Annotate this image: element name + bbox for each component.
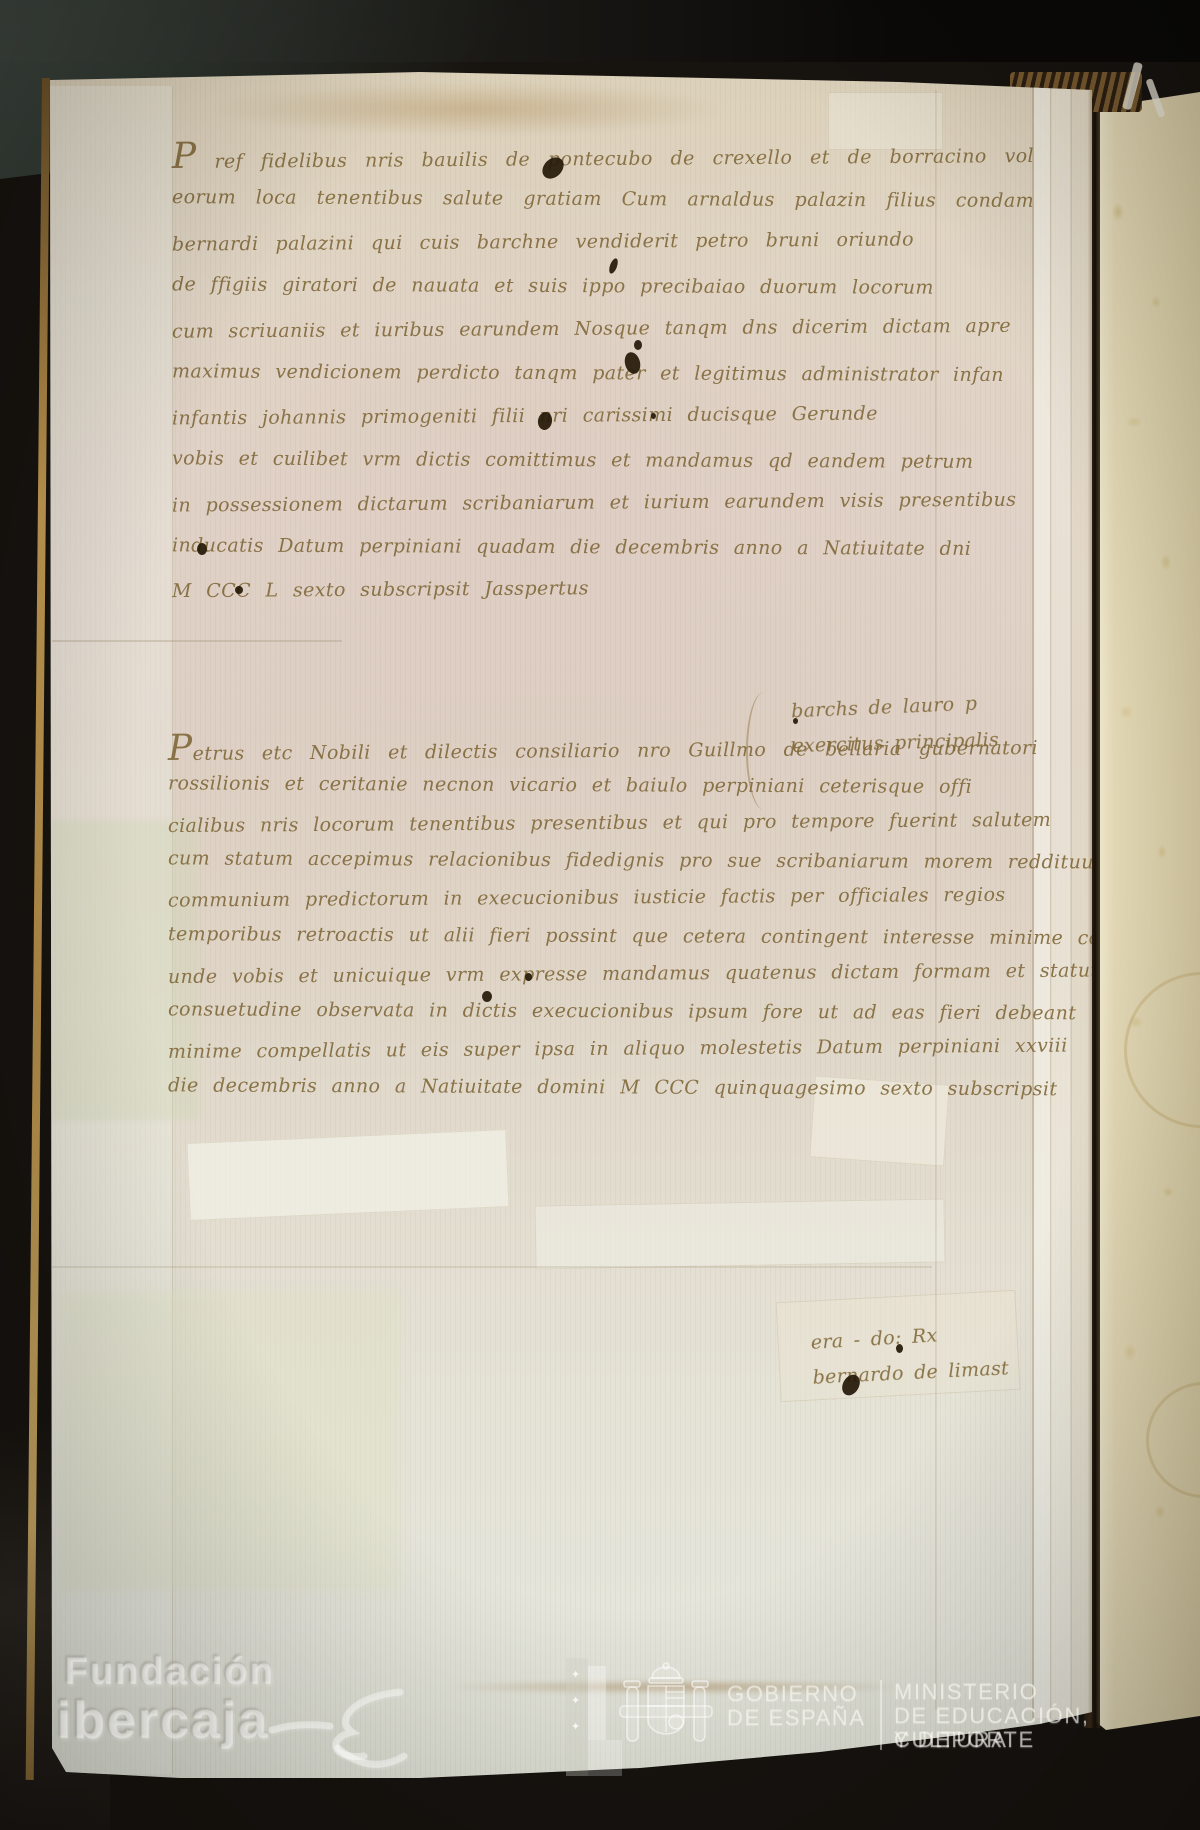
manuscript-line: de ffigiis giratori de nauata et suis ip…	[172, 273, 914, 306]
manuscript-line: infantis johannis primogeniti filii nri …	[172, 403, 872, 438]
paper-patch	[534, 1198, 945, 1269]
manuscript-line: M CCC L sexto subscripsit Jasspertus	[172, 578, 512, 610]
manuscript-line: bernardi palazini qui cuis barchne vendi…	[172, 228, 914, 263]
paper-patch	[186, 1129, 509, 1221]
flag-inner-block	[588, 1666, 606, 1740]
manuscript-line: unde vobis et unicuique vrm expresse man…	[168, 960, 1020, 996]
background-top-strip	[0, 0, 1200, 62]
manuscript-line: die decembris anno a Natiuitate domini M…	[168, 1074, 912, 1107]
ink-blot	[651, 413, 656, 419]
ministerio-watermark-line1: MINISTERIO	[894, 1680, 1038, 1704]
manuscript-line: Petrus etc Nobili et dilectis consiliari…	[168, 733, 1038, 769]
manuscript-page: P ref fidelibus nris bauilis de pontecub…	[0, 0, 1200, 1830]
stain	[210, 82, 730, 136]
ink-blot	[482, 991, 492, 1002]
spain-coat-of-arms-icon	[618, 1660, 714, 1752]
patch-seam	[52, 640, 342, 642]
ink-blot	[525, 973, 532, 981]
facing-parchment-page	[1096, 92, 1200, 1732]
manuscript-line: temporibus retroactis ut alii fieri poss…	[168, 923, 1036, 957]
manuscript-line: cum scriuaniis et iuribus earundem Nosqu…	[172, 315, 934, 350]
manuscript-line: cum statum accepimus relacionibus fidedi…	[168, 847, 928, 880]
manuscript-line: cialibus nris locorum tenentibus present…	[168, 809, 1036, 845]
manuscript-line: eorum loca tenentibus salute gratiam Cum…	[172, 186, 1034, 220]
manuscript-photo: P ref fidelibus nris bauilis de pontecub…	[0, 0, 1200, 1830]
ibercaja-watermark-line2: ibercaja	[56, 1690, 269, 1750]
manuscript-line: inducatis Datum perpiniani quadam die de…	[172, 534, 914, 567]
ink-blot	[197, 543, 207, 555]
manuscript-line: barchs de lauro p	[791, 692, 998, 723]
flag-foot-block	[588, 1740, 622, 1776]
fore-edge-leaves	[1032, 86, 1092, 1718]
parchment-watermark-circle	[1146, 1382, 1200, 1498]
ibercaja-swoosh-icon	[268, 1686, 418, 1776]
ibercaja-watermark-line1: Fundación	[64, 1650, 274, 1693]
manuscript-line: minime compellatis ut eis super ipsa in …	[168, 1035, 988, 1071]
manuscript-line: in possessionem dictarum scribaniarum et…	[172, 489, 914, 524]
ink-blot	[634, 340, 642, 350]
manuscript-line: communium predictorum in execucionibus i…	[168, 884, 912, 919]
parchment-watermark-circle	[1124, 972, 1200, 1128]
manuscript-line: rossilionis et ceritanie necnon vicario …	[168, 772, 920, 805]
gobierno-watermark-line1: GOBIERNO	[727, 1682, 858, 1706]
ink-blot	[235, 586, 243, 594]
ink-blot	[793, 718, 798, 724]
watermark-divider	[880, 1680, 882, 1750]
chancery-note-2: era - do: Rx bernardo de limast	[810, 1321, 1010, 1403]
stain	[60, 1290, 400, 1590]
manuscript-line: maximus vendicionem perdicto tanqm pater…	[172, 360, 914, 393]
patch-seam	[52, 1266, 932, 1268]
manuscript-line: P ref fidelibus nris bauilis de pontecub…	[172, 141, 1034, 177]
manuscript-line: vobis et cuilibet vrm dictis comittimus …	[172, 447, 914, 480]
manuscript-line: consuetudine observata in dictis execuci…	[168, 998, 928, 1031]
gobierno-watermark-line2: DE ESPAÑA	[727, 1706, 866, 1730]
star-column-icon: ✦ ✦ ✦	[571, 1668, 585, 1748]
ink-blot	[896, 1344, 903, 1353]
ministerio-watermark-line3: Y DEPORTE	[894, 1728, 1035, 1752]
